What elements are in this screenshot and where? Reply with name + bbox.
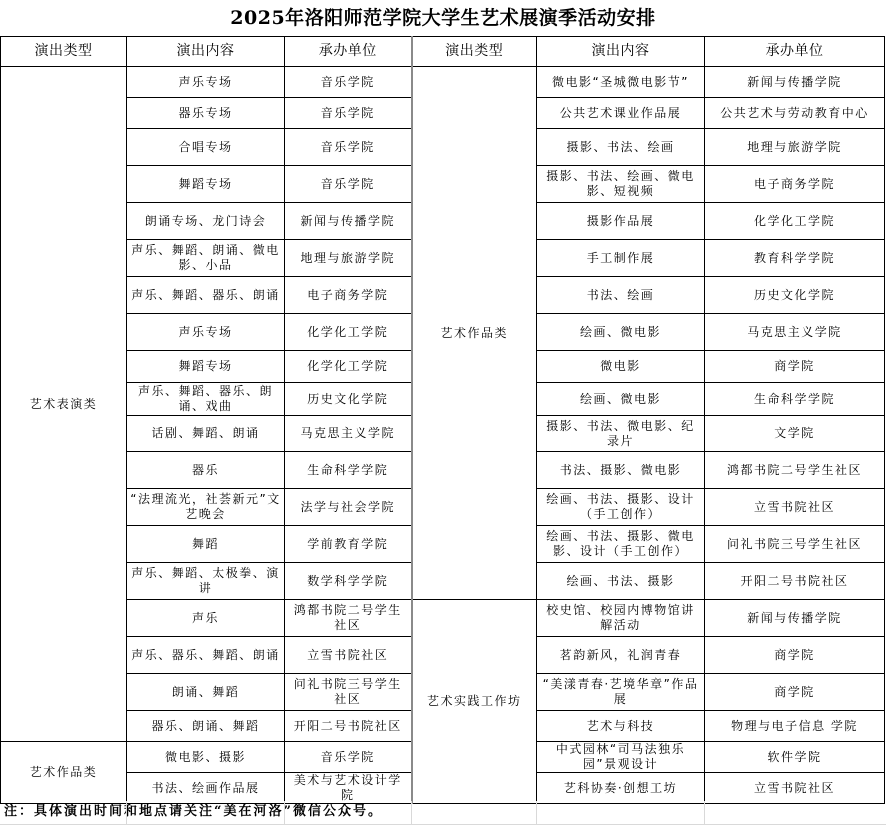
- sheet-gridline: [704, 801, 705, 825]
- content-cell: 微电影: [537, 351, 705, 383]
- organizer-cell: 公共艺术与劳动教育中心: [705, 98, 885, 129]
- sheet-gridline: [536, 801, 537, 825]
- content-cell: 书法、绘画: [537, 277, 705, 314]
- organizer-cell: 立雪书院社区: [285, 637, 412, 674]
- organizer-cell: 化学化工学院: [705, 203, 885, 240]
- header-type-right: 演出类型: [412, 37, 537, 67]
- content-cell: 微电影、摄影: [127, 742, 285, 773]
- content-cell: 校史馆、校园内博物馆讲解活动: [537, 600, 705, 637]
- table-row: 声乐鸿都书院二号学生社区艺术实践工作坊校史馆、校园内博物馆讲解活动新闻与传播学院: [1, 600, 885, 637]
- organizer-cell: 马克思主义学院: [705, 314, 885, 351]
- content-cell: 声乐: [127, 600, 285, 637]
- organizer-cell: 音乐学院: [285, 67, 412, 98]
- content-cell: “法理流光，社荟新元”文艺晚会: [127, 489, 285, 526]
- schedule-table: 演出类型 演出内容 承办单位 演出类型 演出内容 承办单位 艺术表演类声乐专场音…: [0, 36, 885, 804]
- organizer-cell: 学前教育学院: [285, 526, 412, 563]
- sheet-gridline: [411, 801, 412, 825]
- content-cell: 声乐、器乐、舞蹈、朗诵: [127, 637, 285, 674]
- content-cell: 声乐、舞蹈、器乐、朗诵、戏曲: [127, 383, 285, 416]
- content-cell: “美漾青春·艺境华章”作品展: [537, 674, 705, 711]
- content-cell: 器乐: [127, 452, 285, 489]
- organizer-cell: 开阳二号书院社区: [705, 563, 885, 600]
- category-cell: 艺术实践工作坊: [412, 600, 537, 804]
- organizer-cell: 鸿都书院二号学生社区: [285, 600, 412, 637]
- organizer-cell: 马克思主义学院: [285, 416, 412, 452]
- organizer-cell: 问礼书院三号学生社区: [285, 674, 412, 711]
- organizer-cell: 音乐学院: [285, 742, 412, 773]
- organizer-cell: 问礼书院三号学生社区: [705, 526, 885, 563]
- content-cell: 声乐、舞蹈、朗诵、微电影、小品: [127, 240, 285, 277]
- content-cell: 公共艺术课业作品展: [537, 98, 705, 129]
- organizer-cell: 商学院: [705, 637, 885, 674]
- header-organizer-left: 承办单位: [285, 37, 412, 67]
- category-cell: 艺术表演类: [1, 67, 127, 742]
- table-row: 艺术表演类声乐专场音乐学院艺术作品类微电影“圣城微电影节”新闻与传播学院: [1, 67, 885, 98]
- organizer-cell: 历史文化学院: [705, 277, 885, 314]
- organizer-cell: 立雪书院社区: [705, 773, 885, 804]
- organizer-cell: 美术与艺术设计学院: [285, 773, 412, 804]
- category-cell: 艺术作品类: [412, 67, 537, 600]
- content-cell: 书法、摄影、微电影: [537, 452, 705, 489]
- content-cell: 朗诵专场、龙门诗会: [127, 203, 285, 240]
- organizer-cell: 生命科学学院: [705, 383, 885, 416]
- organizer-cell: 化学化工学院: [285, 314, 412, 351]
- header-type-left: 演出类型: [1, 37, 127, 67]
- content-cell: 绘画、微电影: [537, 383, 705, 416]
- organizer-cell: 鸿都书院二号学生社区: [705, 452, 885, 489]
- content-cell: 声乐、舞蹈、太极拳、演讲: [127, 563, 285, 600]
- content-cell: 绘画、书法、摄影: [537, 563, 705, 600]
- header-row: 演出类型 演出内容 承办单位 演出类型 演出内容 承办单位: [1, 37, 885, 67]
- page-title: 2025年洛阳师范学院大学生艺术展演季活动安排: [0, 0, 886, 36]
- organizer-cell: 商学院: [705, 674, 885, 711]
- sheet-gridline: [284, 801, 285, 825]
- content-cell: 声乐专场: [127, 67, 285, 98]
- organizer-cell: 新闻与传播学院: [705, 600, 885, 637]
- content-cell: 器乐专场: [127, 98, 285, 129]
- organizer-cell: 化学化工学院: [285, 351, 412, 383]
- organizer-cell: 音乐学院: [285, 166, 412, 203]
- organizer-cell: 数学科学学院: [285, 563, 412, 600]
- content-cell: 器乐、朗诵、舞蹈: [127, 711, 285, 742]
- content-cell: 话剧、舞蹈、朗诵: [127, 416, 285, 452]
- content-cell: 声乐专场: [127, 314, 285, 351]
- content-cell: 舞蹈专场: [127, 351, 285, 383]
- organizer-cell: 电子商务学院: [705, 166, 885, 203]
- content-cell: 书法、绘画作品展: [127, 773, 285, 804]
- organizer-cell: 文学院: [705, 416, 885, 452]
- organizer-cell: 立雪书院社区: [705, 489, 885, 526]
- content-cell: 摄影、书法、微电影、纪录片: [537, 416, 705, 452]
- content-cell: 微电影“圣城微电影节”: [537, 67, 705, 98]
- organizer-cell: 音乐学院: [285, 98, 412, 129]
- category-cell: 艺术作品类: [1, 742, 127, 804]
- organizer-cell: 新闻与传播学院: [705, 67, 885, 98]
- content-cell: 绘画、书法、摄影、微电影、设计（手工创作）: [537, 526, 705, 563]
- organizer-cell: 地理与旅游学院: [705, 129, 885, 166]
- content-cell: 茗韵新风，礼润青春: [537, 637, 705, 674]
- header-content-right: 演出内容: [537, 37, 705, 67]
- organizer-cell: 新闻与传播学院: [285, 203, 412, 240]
- organizer-cell: 电子商务学院: [285, 277, 412, 314]
- organizer-cell: 法学与社会学院: [285, 489, 412, 526]
- content-cell: 合唱专场: [127, 129, 285, 166]
- organizer-cell: 开阳二号书院社区: [285, 711, 412, 742]
- content-cell: 中式园林“司马法独乐园”景观设计: [537, 742, 705, 773]
- organizer-cell: 教育科学学院: [705, 240, 885, 277]
- content-cell: 绘画、书法、摄影、设计（手工创作）: [537, 489, 705, 526]
- content-cell: 摄影、书法、绘画: [537, 129, 705, 166]
- organizer-cell: 物理与电子信息 学院: [705, 711, 885, 742]
- content-cell: 手工制作展: [537, 240, 705, 277]
- content-cell: 摄影、书法、绘画、微电影、短视频: [537, 166, 705, 203]
- header-content-left: 演出内容: [127, 37, 285, 67]
- content-cell: 摄影作品展: [537, 203, 705, 240]
- organizer-cell: 商学院: [705, 351, 885, 383]
- content-cell: 舞蹈: [127, 526, 285, 563]
- organizer-cell: 生命科学学院: [285, 452, 412, 489]
- content-cell: 朗诵、舞蹈: [127, 674, 285, 711]
- content-cell: 舞蹈专场: [127, 166, 285, 203]
- organizer-cell: 地理与旅游学院: [285, 240, 412, 277]
- sheet-gridline: [126, 801, 127, 825]
- organizer-cell: 音乐学院: [285, 129, 412, 166]
- organizer-cell: 软件学院: [705, 742, 885, 773]
- content-cell: 绘画、微电影: [537, 314, 705, 351]
- content-cell: 艺科协奏·创想工坊: [537, 773, 705, 804]
- footnote: 注：具体演出时间和地点请关注“美在河洛”微信公众号。: [0, 801, 886, 823]
- header-organizer-right: 承办单位: [705, 37, 885, 67]
- organizer-cell: 历史文化学院: [285, 383, 412, 416]
- content-cell: 艺术与科技: [537, 711, 705, 742]
- content-cell: 声乐、舞蹈、器乐、朗诵: [127, 277, 285, 314]
